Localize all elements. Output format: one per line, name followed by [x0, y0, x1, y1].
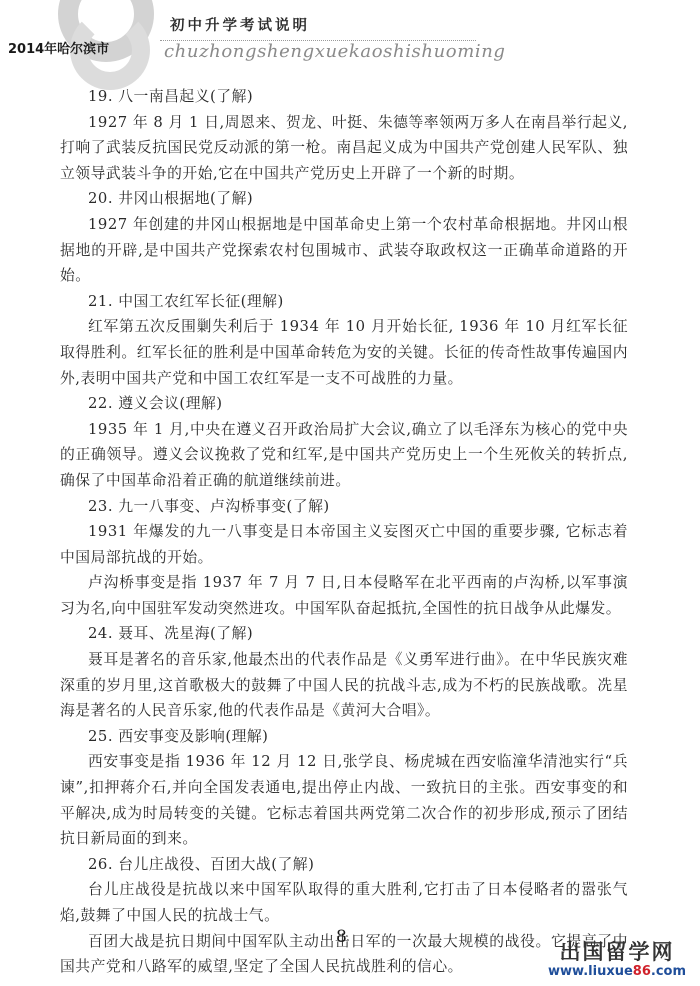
section-paragraph: 聂耳是著名的音乐家,他最杰出的代表作品是《义勇军进行曲》。在中华民族灾难深重的岁… [60, 647, 628, 724]
watermark-url-highlight: 86 [633, 964, 651, 979]
section-25: 25. 西安事变及影响(理解) 西安事变是指 1936 年 12 月 12 日,… [60, 724, 628, 852]
section-heading: 24. 聂耳、冼星海(了解) [60, 621, 628, 647]
watermark-url-suffix: .com [651, 964, 686, 979]
section-paragraph: 卢沟桥事变是指 1937 年 7 月 7 日,日本侵略军在北平西南的卢沟桥,以军… [60, 570, 628, 621]
watermark: 出国留学网 www.liuxue86.com [548, 936, 686, 979]
watermark-url-prefix: www.liuxue [548, 964, 633, 979]
section-20: 20. 井冈山根据地(了解) 1927 年创建的井冈山根据地是中国革命史上第一个… [60, 186, 628, 288]
section-heading: 20. 井冈山根据地(了解) [60, 186, 628, 212]
section-21: 21. 中国工农红军长征(理解) 红军第五次反围剿失利后于 1934 年 10 … [60, 289, 628, 391]
section-heading: 19. 八一南昌起义(了解) [60, 84, 628, 110]
section-paragraph: 1927 年创建的井冈山根据地是中国革命史上第一个农村革命根据地。井冈山根据地的… [60, 212, 628, 289]
section-paragraph: 台儿庄战役是抗战以来中国军队取得的重大胜利,它打击了日本侵略者的嚣张气焰,鼓舞了… [60, 877, 628, 928]
header-pinyin: chuzhongshengxuekaoshishuoming [164, 41, 506, 62]
section-paragraph: 西安事变是指 1936 年 12 月 12 日,张学良、杨虎城在西安临潼华清池实… [60, 749, 628, 851]
section-22: 22. 遵义会议(理解) 1935 年 1 月,中央在遵义召开政治局扩大会议,确… [60, 391, 628, 493]
section-heading: 21. 中国工农红军长征(理解) [60, 289, 628, 315]
section-paragraph: 红军第五次反围剿失利后于 1934 年 10 月开始长征, 1936 年 10 … [60, 314, 628, 391]
section-heading: 22. 遵义会议(理解) [60, 391, 628, 417]
section-heading: 26. 台儿庄战役、百团大战(了解) [60, 852, 628, 878]
document-body: 19. 八一南昌起义(了解) 1927 年 8 月 1 日,周恩来、贺龙、叶挺、… [60, 84, 628, 980]
section-19: 19. 八一南昌起义(了解) 1927 年 8 月 1 日,周恩来、贺龙、叶挺、… [60, 84, 628, 186]
watermark-url: www.liuxue86.com [548, 964, 686, 979]
section-paragraph: 1935 年 1 月,中央在遵义召开政治局扩大会议,确立了以毛泽东为核心的党中央… [60, 417, 628, 494]
section-heading: 23. 九一八事变、卢沟桥事变(了解) [60, 494, 628, 520]
page-number: 8 [336, 927, 347, 947]
section-24: 24. 聂耳、冼星海(了解) 聂耳是著名的音乐家,他最杰出的代表作品是《义勇军进… [60, 621, 628, 723]
section-heading: 25. 西安事变及影响(理解) [60, 724, 628, 750]
section-23: 23. 九一八事变、卢沟桥事变(了解) 1931 年爆发的九一八事变是日本帝国主… [60, 494, 628, 622]
watermark-site-name: 出国留学网 [548, 936, 686, 966]
header-region-year: 2014年哈尔滨市 [8, 38, 109, 57]
section-paragraph: 1931 年爆发的九一八事变是日本帝国主义妄图灭亡中国的重要步骤, 它标志着中国… [60, 519, 628, 570]
section-26: 26. 台儿庄战役、百团大战(了解) 台儿庄战役是抗战以来中国军队取得的重大胜利… [60, 852, 628, 980]
section-paragraph: 1927 年 8 月 1 日,周恩来、贺龙、叶挺、朱德等率领两万多人在南昌举行起… [60, 110, 628, 187]
header-title: 初中升学考试说明 [170, 14, 310, 35]
